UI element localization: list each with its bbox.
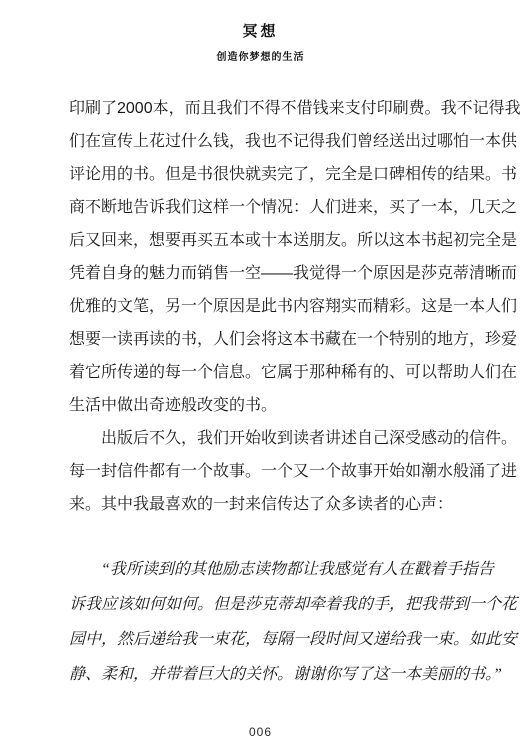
reader-letter-quote: “我所读到的其他励志读物都让我感觉有人在戳着手指告诉我应该如何如何。但是莎克蒂却… [69, 552, 455, 692]
book-title: 冥想 [0, 20, 521, 41]
book-header: 冥想 创造你梦想的生活 [0, 20, 521, 63]
text-line: 们在宣传上花过什么钱，我也不记得我们曾经送出过哪怕一本供 [69, 125, 455, 158]
body-paragraph: 印刷了2000本，而且我们不得不借钱来支付印刷费。我不记得我们在宣传上花过什么钱… [69, 92, 455, 422]
text-line: 评论用的书。但是书很快就卖完了，完全是口碑相传的结果。书 [69, 158, 455, 191]
text-line: 诉我应该如何如何。但是莎克蒂却牵着我的手，把我带到一个花 [69, 587, 455, 622]
text-line: 想要一读再读的书，人们会将这本书藏在一个特别的地方，珍爱 [69, 323, 455, 356]
text-line: 生活中做出奇迹般改变的书。 [69, 389, 455, 422]
text-line: 着它所传递的每一个信息。它属于那种稀有的、可以帮助人们在 [69, 356, 455, 389]
page-body-text: 印刷了2000本，而且我们不得不借钱来支付印刷费。我不记得我们在宣传上花过什么钱… [69, 92, 455, 692]
text-line: 商不断地告诉我们这样一个情况：人们进来，买了一本，几天之 [69, 191, 455, 224]
book-subtitle: 创造你梦想的生活 [0, 48, 521, 63]
text-line: 每一封信件都有一个故事。一个又一个故事开始如潮水般涌了进 [69, 455, 455, 488]
body-paragraph: 出版后不久，我们开始收到读者讲述自己深受感动的信件。每一封信件都有一个故事。一个… [69, 422, 455, 521]
text-line: 凭着自身的魅力而销售一空——我觉得一个原因是莎克蒂清晰而 [69, 257, 455, 290]
text-line: 来。其中我最喜欢的一封来信传达了众多读者的心声： [69, 488, 455, 521]
text-line: “我所读到的其他励志读物都让我感觉有人在戳着手指告 [69, 552, 455, 587]
text-line: 优雅的文笔，另一个原因是此书内容翔实而精彩。这是一本人们 [69, 290, 455, 323]
page-number: 006 [0, 725, 521, 739]
text-line: 后又回来，想要再买五本或十本送朋友。所以这本书起初完全是 [69, 224, 455, 257]
book-page: 冥想 创造你梦想的生活 印刷了2000本，而且我们不得不借钱来支付印刷费。我不记… [0, 0, 521, 756]
text-line: 静、柔和，并带着巨大的关怀。谢谢你写了这一本美丽的书。” [69, 657, 455, 692]
text-line: 园中，然后递给我一束花，每隔一段时间又递给我一束。如此安 [69, 622, 455, 657]
text-line: 出版后不久，我们开始收到读者讲述自己深受感动的信件。 [69, 422, 455, 455]
text-line: 印刷了2000本，而且我们不得不借钱来支付印刷费。我不记得我 [69, 92, 455, 125]
